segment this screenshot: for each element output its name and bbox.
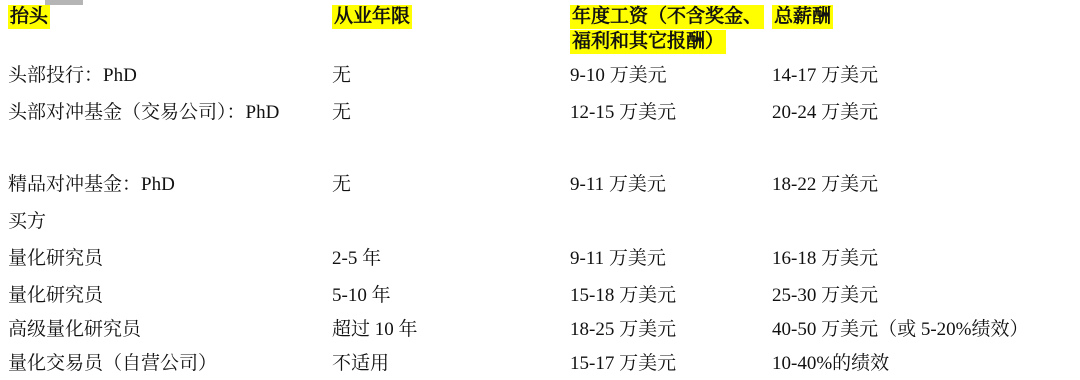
- row-total: 10-40%的绩效: [772, 352, 889, 375]
- table-row: 量化研究员 2-5 年 9-11 万美元 16-18 万美元: [0, 247, 1080, 273]
- row-years: 无: [332, 173, 351, 196]
- header-salary-label-line2: 福利和其它报酬）: [570, 30, 726, 54]
- row-salary: 18-25 万美元: [570, 318, 676, 341]
- row-salary: 12-15 万美元: [570, 101, 676, 124]
- table-header-row: 抬头 从业年限 年度工资（不含奖金、 福利和其它报酬） 总薪酬: [0, 5, 1080, 31]
- row-title: 量化研究员: [8, 247, 103, 270]
- row-total: 40-50 万美元（或 5-20%绩效）: [772, 318, 1028, 341]
- row-salary: 15-18 万美元: [570, 284, 676, 307]
- header-salary-label-line1: 年度工资（不含奖金、: [570, 5, 764, 29]
- row-title: 头部投行：PhD: [8, 64, 137, 87]
- header-years: 从业年限: [332, 5, 412, 29]
- row-title: 买方: [8, 210, 46, 233]
- row-total: 25-30 万美元: [772, 284, 878, 307]
- row-total: 18-22 万美元: [772, 173, 878, 196]
- row-total: 16-18 万美元: [772, 247, 878, 270]
- row-title: 高级量化研究员: [8, 318, 141, 341]
- row-total: 14-17 万美元: [772, 64, 878, 87]
- table-row-section: 买方: [0, 210, 1080, 236]
- row-salary: 9-11 万美元: [570, 173, 666, 196]
- row-salary: 15-17 万美元: [570, 352, 676, 375]
- row-years: 无: [332, 64, 351, 87]
- row-title: 头部对冲基金（交易公司）：PhD: [8, 101, 279, 124]
- header-years-label: 从业年限: [332, 5, 412, 29]
- header-title: 抬头: [8, 5, 50, 29]
- row-title: 量化交易员（自营公司）: [8, 352, 217, 375]
- row-salary: 9-11 万美元: [570, 247, 666, 270]
- row-years: 2-5 年: [332, 247, 381, 270]
- row-total: 20-24 万美元: [772, 101, 878, 124]
- header-total: 总薪酬: [772, 5, 833, 29]
- header-total-label: 总薪酬: [772, 5, 833, 29]
- header-title-label: 抬头: [8, 5, 50, 29]
- table-row: 精品对冲基金：PhD 无 9-11 万美元 18-22 万美元: [0, 173, 1080, 199]
- table-row: 量化交易员（自营公司） 不适用 15-17 万美元 10-40%的绩效: [0, 352, 1080, 378]
- salary-table-document: 抬头 从业年限 年度工资（不含奖金、 福利和其它报酬） 总薪酬 头部投行：PhD…: [0, 0, 1080, 380]
- table-row: 高级量化研究员 超过 10 年 18-25 万美元 40-50 万美元（或 5-…: [0, 318, 1080, 344]
- header-salary: 年度工资（不含奖金、 福利和其它报酬）: [570, 5, 764, 55]
- row-title: 量化研究员: [8, 284, 103, 307]
- row-salary: 9-10 万美元: [570, 64, 667, 87]
- table-row: 头部投行：PhD 无 9-10 万美元 14-17 万美元: [0, 64, 1080, 90]
- row-years: 5-10 年: [332, 284, 391, 307]
- table-row: 量化研究员 5-10 年 15-18 万美元 25-30 万美元: [0, 284, 1080, 310]
- row-title: 精品对冲基金：PhD: [8, 173, 175, 196]
- row-years: 超过 10 年: [332, 318, 418, 341]
- table-row: 头部对冲基金（交易公司）：PhD 无 12-15 万美元 20-24 万美元: [0, 101, 1080, 127]
- row-years: 不适用: [332, 352, 389, 375]
- row-years: 无: [332, 101, 351, 124]
